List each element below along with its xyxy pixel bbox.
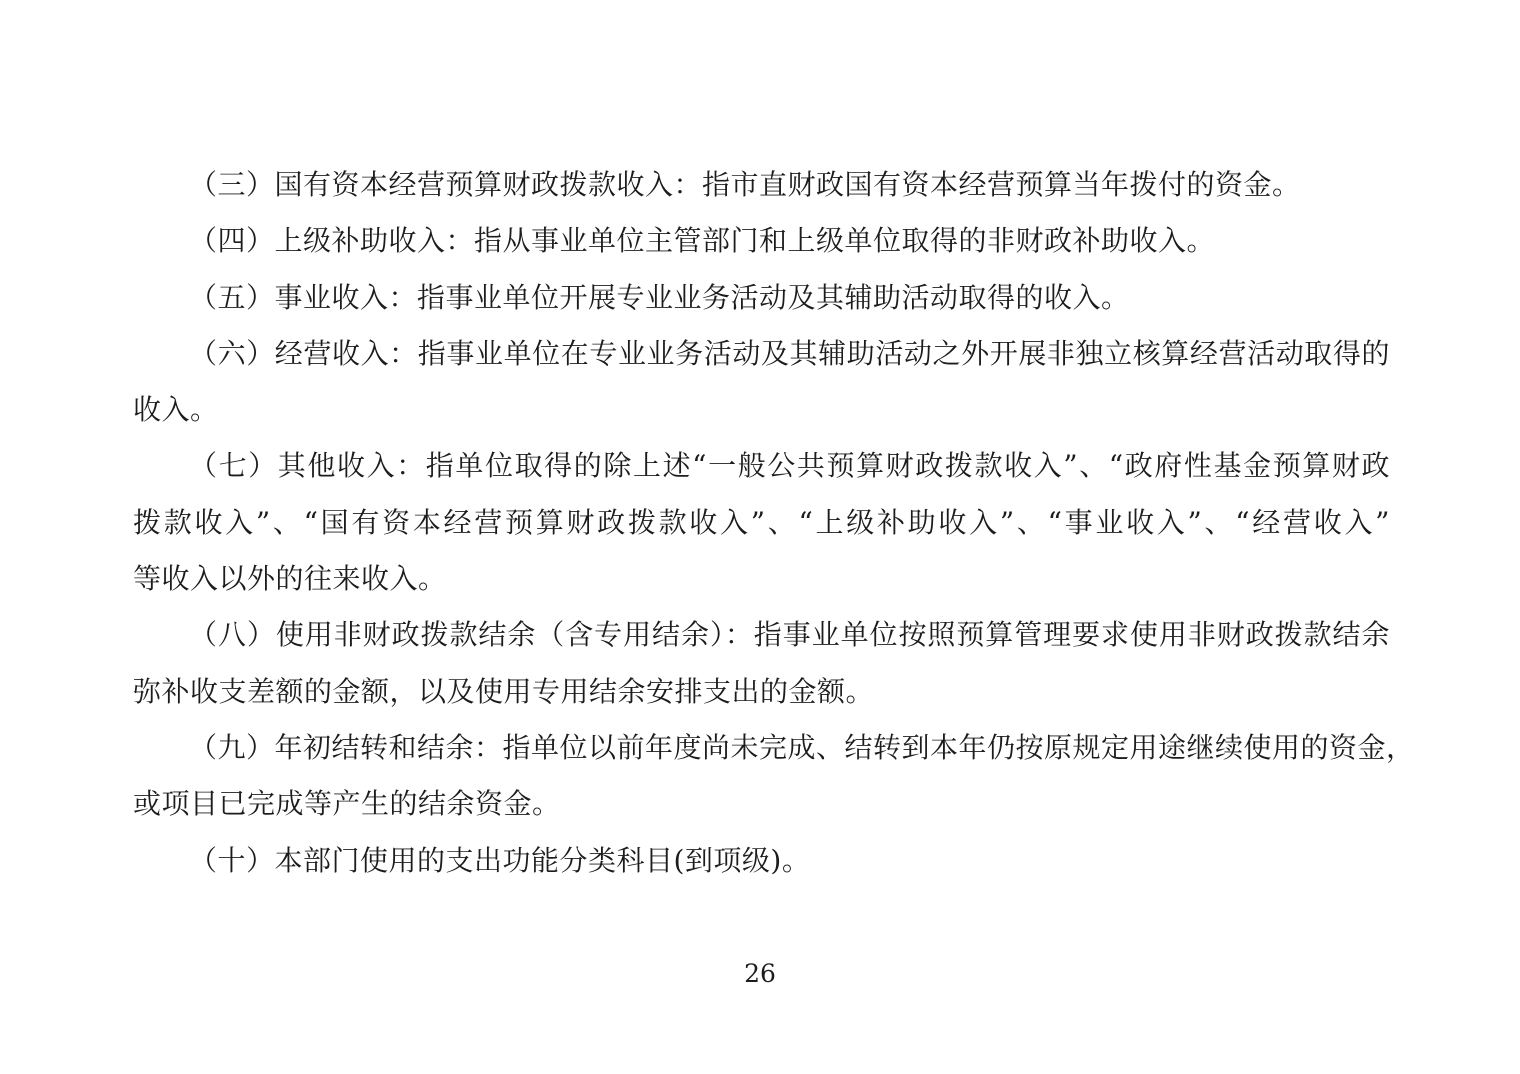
paragraph-10-line-1: （十）本部门使用的支出功能分类科目(到项级)。: [133, 833, 1390, 889]
paragraph-8-line-1: （八）使用非财政拨款结余（含专用结余）：指事业单位按照预算管理要求使用非财政拨款…: [133, 607, 1390, 663]
paragraph-5-line-1: （五）事业收入：指事业单位开展专业业务活动及其辅助活动取得的收入。: [133, 270, 1390, 326]
paragraph-3-line-1: （三）国有资本经营预算财政拨款收入：指市直财政国有资本经营预算当年拨付的资金。: [133, 157, 1390, 213]
paragraph-8-line-2: 弥补收支差额的金额，以及使用专用结余安排支出的金额。: [133, 664, 1390, 720]
document-page: （三）国有资本经营预算财政拨款收入：指市直财政国有资本经营预算当年拨付的资金。 …: [0, 0, 1520, 1074]
paragraph-4-line-1: （四）上级补助收入：指从事业单位主管部门和上级单位取得的非财政补助收入。: [133, 213, 1390, 269]
paragraph-6-line-2: 收入。: [133, 382, 1390, 438]
paragraph-9-line-1: （九）年初结转和结余：指单位以前年度尚未完成、结转到本年仍按原规定用途继续使用的…: [133, 720, 1390, 776]
document-body: （三）国有资本经营预算财政拨款收入：指市直财政国有资本经营预算当年拨付的资金。 …: [133, 157, 1390, 889]
paragraph-7-line-3: 等收入以外的往来收入。: [133, 551, 1390, 607]
paragraph-7-line-1: （七）其他收入：指单位取得的除上述“一般公共预算财政拨款收入”、“政府性基金预算…: [133, 438, 1390, 494]
paragraph-6-line-1: （六）经营收入：指事业单位在专业业务活动及其辅助活动之外开展非独立核算经营活动取…: [133, 326, 1390, 382]
paragraph-7-line-2: 拨款收入”、“国有资本经营预算财政拨款收入”、“上级补助收入”、“事业收入”、“…: [133, 495, 1390, 551]
page-number: 26: [0, 959, 1520, 989]
paragraph-9-line-2: 或项目已完成等产生的结余资金。: [133, 776, 1390, 832]
